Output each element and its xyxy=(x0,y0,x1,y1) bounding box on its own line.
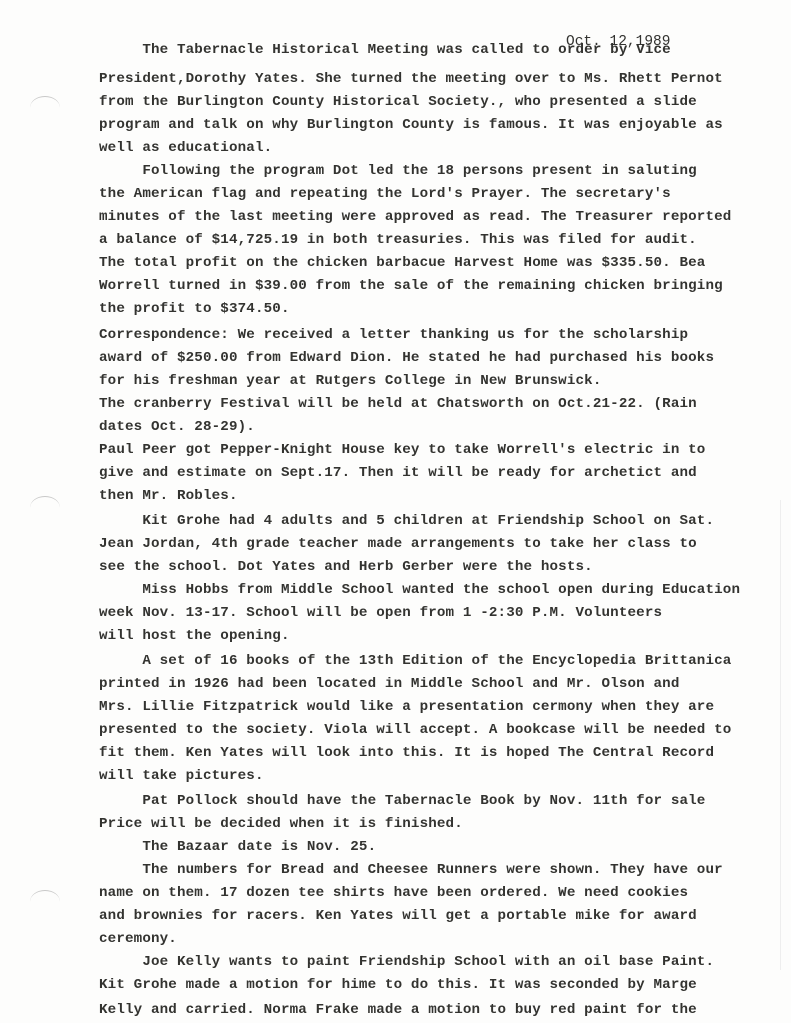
text-line: Kit Grohe had 4 adults and 5 children at… xyxy=(99,513,714,529)
text-line: the profit to $374.50. xyxy=(99,301,290,317)
text-line: a balance of $14,725.19 in both treasuri… xyxy=(99,232,697,248)
text-line: Following the program Dot led the 18 per… xyxy=(99,163,697,179)
text-line: Price will be decided when it is finishe… xyxy=(99,816,463,832)
text-line: The cranberry Festival will be held at C… xyxy=(99,396,697,412)
text-line: minutes of the last meeting were approve… xyxy=(99,209,731,225)
text-line: then Mr. Robles. xyxy=(99,488,238,504)
text-line: for his freshman year at Rutgers College… xyxy=(99,373,602,389)
text-line: Paul Peer got Pepper-Knight House key to… xyxy=(99,442,705,458)
text-line: from the Burlington County Historical So… xyxy=(99,94,697,110)
text-line: dates Oct. 28-29). xyxy=(99,419,255,435)
text-line: The Tabernacle Historical Meeting was ca… xyxy=(99,42,671,58)
text-line: program and talk on why Burlington Count… xyxy=(99,117,723,133)
text-line: see the school. Dot Yates and Herb Gerbe… xyxy=(99,559,593,575)
text-line: Correspondence: We received a letter tha… xyxy=(99,327,688,343)
text-line: A set of 16 books of the 13th Edition of… xyxy=(99,653,731,669)
text-line: the American flag and repeating the Lord… xyxy=(99,186,671,202)
text-line: will take pictures. xyxy=(99,768,264,784)
text-line: Kit Grohe made a motion for hime to do t… xyxy=(99,977,697,993)
text-line: will host the opening. xyxy=(99,628,290,644)
text-line: well as educational. xyxy=(99,140,272,156)
text-line: give and estimate on Sept.17. Then it wi… xyxy=(99,465,697,481)
text-line: and brownies for racers. Ken Yates will … xyxy=(99,908,697,924)
text-line: President,Dorothy Yates. She turned the … xyxy=(99,71,723,87)
text-line: Pat Pollock should have the Tabernacle B… xyxy=(99,793,705,809)
text-line: The Bazaar date is Nov. 25. xyxy=(99,839,376,855)
hole-punch-mark xyxy=(30,890,60,913)
text-line: name on them. 17 dozen tee shirts have b… xyxy=(99,885,688,901)
hole-punch-mark xyxy=(30,96,60,119)
text-line: The numbers for Bread and Cheesee Runner… xyxy=(99,862,723,878)
text-line: presented to the society. Viola will acc… xyxy=(99,722,731,738)
text-line: fit them. Ken Yates will look into this.… xyxy=(99,745,714,761)
text-line: Miss Hobbs from Middle School wanted the… xyxy=(99,582,740,598)
hole-punch-mark xyxy=(30,496,60,519)
text-line: Mrs. Lillie Fitzpatrick would like a pre… xyxy=(99,699,714,715)
text-line: Jean Jordan, 4th grade teacher made arra… xyxy=(99,536,697,552)
paper-edge-shadow xyxy=(780,500,781,970)
document-page: Oct. 12,1989 The Tabernacle Historical M… xyxy=(0,0,791,1023)
text-line: The total profit on the chicken barbacue… xyxy=(99,255,705,271)
text-line: Worrell turned in $39.00 from the sale o… xyxy=(99,278,723,294)
text-line: week Nov. 13-17. School will be open fro… xyxy=(99,605,662,621)
text-line: ceremony. xyxy=(99,931,177,947)
text-line: award of $250.00 from Edward Dion. He st… xyxy=(99,350,714,366)
text-line: printed in 1926 had been located in Midd… xyxy=(99,676,679,692)
text-line: Joe Kelly wants to paint Friendship Scho… xyxy=(99,954,714,970)
text-line: Kelly and carried. Norma Frake made a mo… xyxy=(99,1002,697,1018)
